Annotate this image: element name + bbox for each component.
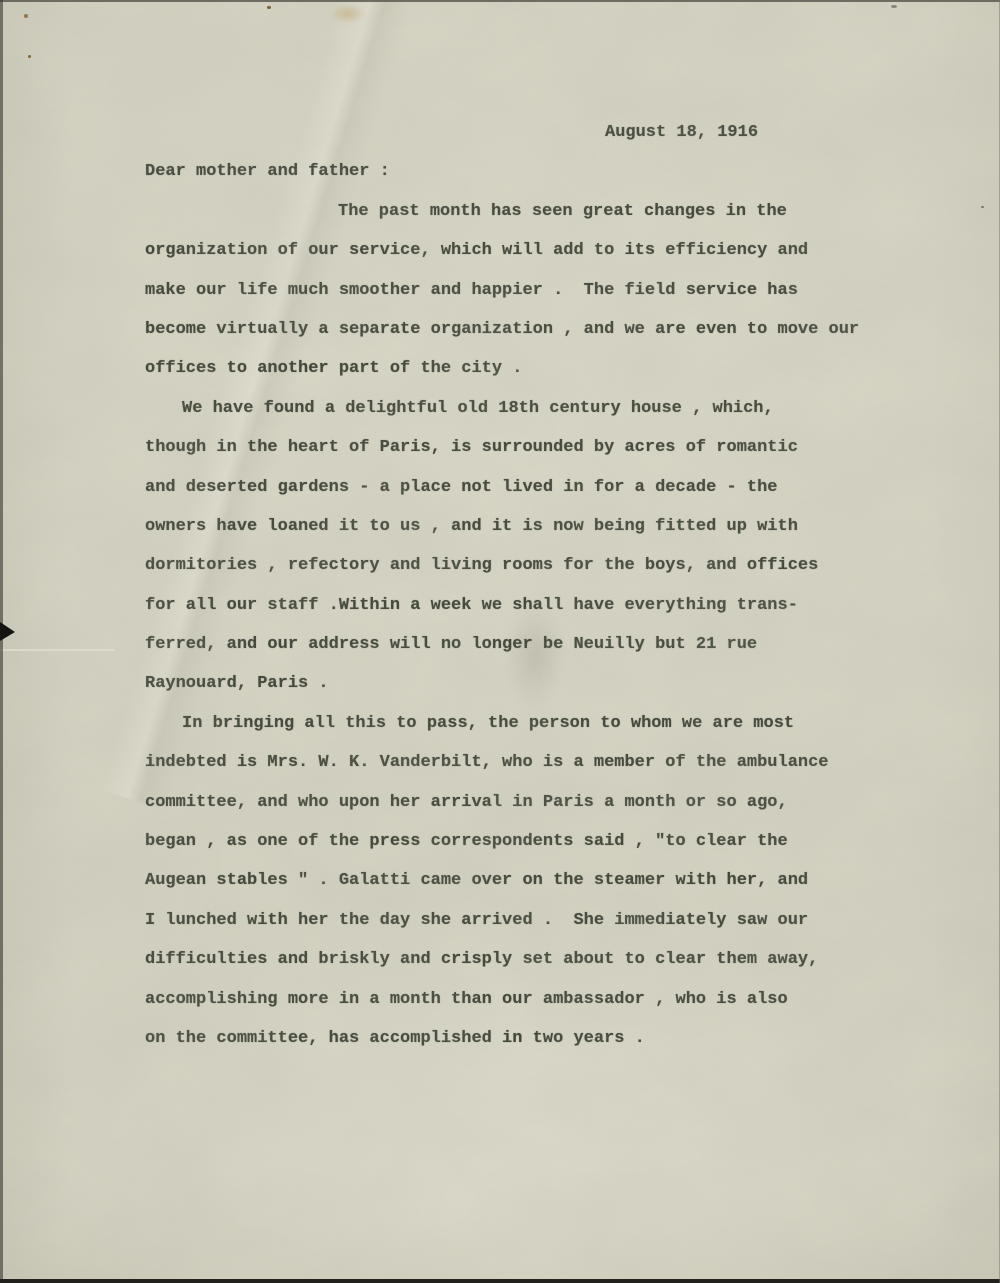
letter-line: make our life much smoother and happier … (145, 271, 905, 310)
letter-line: committee, and who upon her arrival in P… (145, 783, 905, 822)
paper-speck (28, 55, 31, 58)
letter-line: though in the heart of Paris, is surroun… (145, 428, 905, 467)
letter-line: for all our staff .Within a week we shal… (145, 586, 905, 625)
letter-line: indebted is Mrs. W. K. Vanderbilt, who i… (145, 743, 905, 782)
letter-line: ferred, and our address will no longer b… (145, 625, 905, 664)
letter-line: and deserted gardens - a place not lived… (145, 468, 905, 507)
letter-line: offices to another part of the city . (145, 349, 905, 388)
salutation-line: Dear mother and father : (145, 152, 905, 191)
letter-text: August 18, 1916 Dear mother and father :… (145, 113, 905, 1058)
letter-page: August 18, 1916 Dear mother and father :… (0, 0, 1000, 1283)
paper-stain (330, 4, 366, 24)
letter-line: Augean stables " . Galatti came over on … (145, 861, 905, 900)
letter-line: In bringing all this to pass, the person… (145, 704, 905, 743)
tear-mark (0, 622, 15, 641)
scan-edge-top (0, 0, 1000, 2)
letter-line: dormitories , refectory and living rooms… (145, 546, 905, 585)
letter-line: Raynouard, Paris . (145, 664, 905, 703)
paper-speck (24, 14, 28, 18)
letter-line: began , as one of the press corresponden… (145, 822, 905, 861)
letter-line: I lunched with her the day she arrived .… (145, 901, 905, 940)
paper-speck (981, 206, 984, 208)
paper-speck (891, 5, 897, 8)
letter-line: The past month has seen great changes in… (145, 192, 905, 231)
letter-line: We have found a delightful old 18th cent… (145, 389, 905, 428)
paper-speck (267, 6, 271, 9)
scan-edge-bottom (0, 1279, 1000, 1283)
letter-line: become virtually a separate organization… (145, 310, 905, 349)
letter-line: accomplishing more in a month than our a… (145, 980, 905, 1019)
letter-line: organization of our service, which will … (145, 231, 905, 270)
letter-line: owners have loaned it to us , and it is … (145, 507, 905, 546)
letter-line: on the committee, has accomplished in tw… (145, 1019, 905, 1058)
letter-line: difficulties and briskly and crisply set… (145, 940, 905, 979)
scan-edge-left (0, 0, 3, 1283)
paper-crease-horizontal (0, 649, 115, 651)
date-line: August 18, 1916 (145, 113, 905, 152)
